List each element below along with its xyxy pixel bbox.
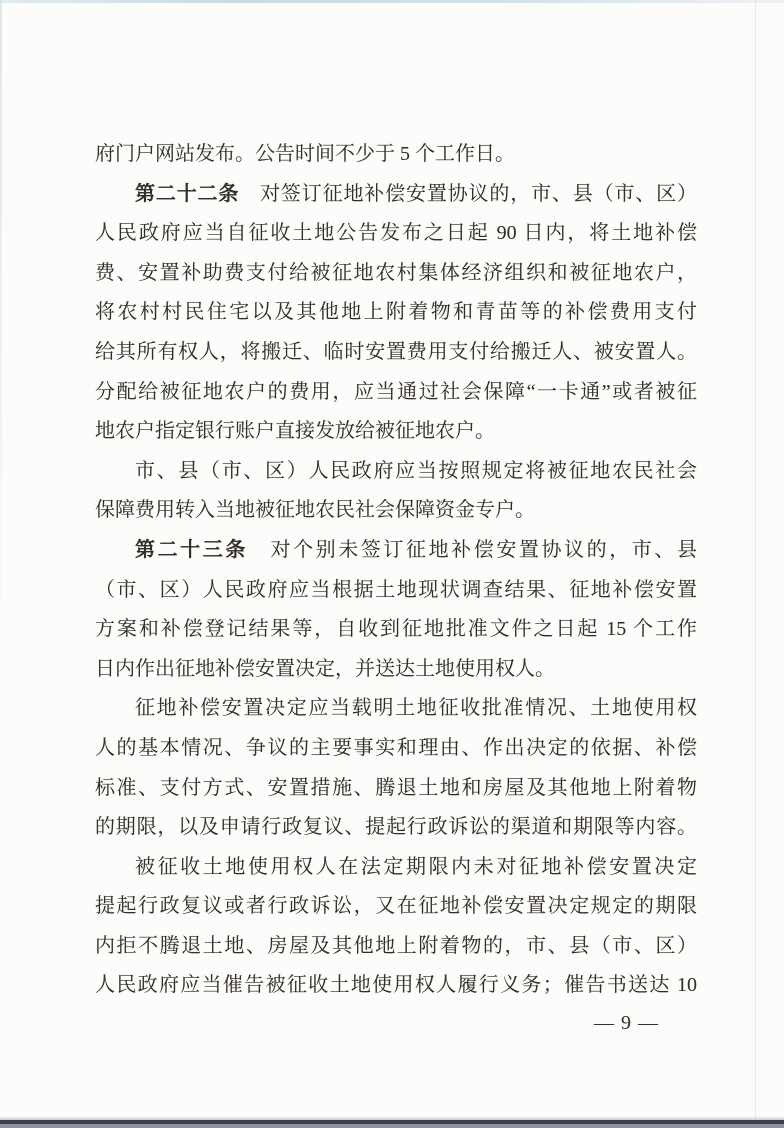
- line-text: 被征收土地使用权人在法定期限内未对征地补偿安置决定: [135, 856, 697, 878]
- text-line: 征地补偿安置决定应当载明土地征收批准情况、土地使用权: [95, 689, 697, 729]
- line-text: 地农户指定银行账户直接发放给被征地农户。: [95, 420, 495, 442]
- article-number: 第二十二条: [135, 183, 239, 205]
- line-text: 人民政府应当催告被征收土地使用权人履行义务；催告书送达 10: [95, 974, 697, 996]
- text-line: 市、县（市、区）人民政府应当按照规定将被征地农民社会: [95, 452, 697, 492]
- scan-edge-top: [0, 0, 784, 3]
- text-line: 第二十二条 对签订征地补偿安置协议的，市、县（市、区）: [95, 175, 697, 215]
- line-text: 内拒不腾退土地、房屋及其他地上附着物的，市、县（市、区）: [95, 935, 697, 957]
- line-text: 标准、支付方式、安置措施、腾退土地和房屋及其他地上附着物: [95, 777, 697, 799]
- text-line: 地农户指定银行账户直接发放给被征地农户。: [95, 412, 697, 452]
- scan-edge-left: [0, 0, 2, 677]
- line-text: 府门户网站发布。公告时间不少于 5 个工作日。: [95, 143, 515, 165]
- text-line: 被征收土地使用权人在法定期限内未对征地补偿安置决定: [95, 848, 697, 888]
- text-line: 保障费用转入当地被征地农民社会保障资金专户。: [95, 491, 697, 531]
- line-text: 将农村村民住宅以及其他地上附着物和青苗等的补偿费用支付: [95, 301, 697, 323]
- text-line: 人民政府应当自征收土地公告发布之日起 90 日内，将土地补偿: [95, 214, 697, 254]
- text-line: 第二十三条 对个别未签订征地补偿安置协议的，市、县: [95, 531, 697, 571]
- line-text: 方案和补偿登记结果等，自收到征地批准文件之日起 15 个工作: [95, 618, 697, 640]
- document-body: 府门户网站发布。公告时间不少于 5 个工作日。第二十二条 对签订征地补偿安置协议…: [95, 135, 697, 1006]
- line-text: 费、安置补助费支付给被征地农村集体经济组织和被征地农户，: [95, 262, 697, 284]
- line-text: 保障费用转入当地被征地农民社会保障资金专户。: [95, 499, 535, 521]
- line-text: 提起行政复议或者行政诉讼，又在征地补偿安置决定规定的期限: [95, 895, 697, 917]
- text-line: （市、区）人民政府应当根据土地现状调查结果、征地补偿安置: [95, 571, 697, 611]
- text-line: 的期限，以及申请行政复议、提起行政诉讼的渠道和期限等内容。: [95, 808, 697, 848]
- line-text: 征地补偿安置决定应当载明土地征收批准情况、土地使用权: [135, 697, 697, 719]
- text-line: 标准、支付方式、安置措施、腾退土地和房屋及其他地上附着物: [95, 769, 697, 809]
- line-text: 人的基本情况、争议的主要事实和理由、作出决定的依据、补偿: [95, 737, 697, 759]
- text-line: 内拒不腾退土地、房屋及其他地上附着物的，市、县（市、区）: [95, 927, 697, 967]
- line-text: 日内作出征地补偿安置决定，并送达土地使用权人。: [95, 658, 555, 680]
- line-text: 给其所有权人，将搬迁、临时安置费用支付给搬迁人、被安置人。: [95, 341, 697, 363]
- text-line: 给其所有权人，将搬迁、临时安置费用支付给搬迁人、被安置人。: [95, 333, 697, 373]
- line-text: 市、县（市、区）人民政府应当按照规定将被征地农民社会: [135, 460, 697, 482]
- text-line: 日内作出征地补偿安置决定，并送达土地使用权人。: [95, 650, 697, 690]
- text-line: 人民政府应当催告被征收土地使用权人履行义务；催告书送达 10: [95, 966, 697, 1006]
- text-line: 府门户网站发布。公告时间不少于 5 个工作日。: [95, 135, 697, 175]
- text-line: 分配给被征地农户的费用，应当通过社会保障“一卡通”或者被征: [95, 373, 697, 413]
- text-line: 人的基本情况、争议的主要事实和理由、作出决定的依据、补偿: [95, 729, 697, 769]
- page-number: — 9 —: [594, 1011, 659, 1035]
- scanned-document-page: 府门户网站发布。公告时间不少于 5 个工作日。第二十二条 对签订征地补偿安置协议…: [0, 0, 784, 1128]
- line-text: 的期限，以及申请行政复议、提起行政诉讼的渠道和期限等内容。: [95, 816, 697, 838]
- line-text: 分配给被征地农户的费用，应当通过社会保障“一卡通”或者被征: [95, 381, 697, 403]
- scan-edge-bottom-gray: [0, 1124, 784, 1128]
- line-text: （市、区）人民政府应当根据土地现状调查结果、征地补偿安置: [95, 579, 697, 601]
- text-line: 费、安置补助费支付给被征地农村集体经济组织和被征地农户，: [95, 254, 697, 294]
- line-text: 对个别未签订征地补偿安置协议的，市、县: [248, 539, 697, 561]
- line-text: 对签订征地补偿安置协议的，市、县（市、区）: [239, 183, 697, 205]
- line-text: 人民政府应当自征收土地公告发布之日起 90 日内，将土地补偿: [95, 222, 697, 244]
- text-line: 将农村村民住宅以及其他地上附着物和青苗等的补偿费用支付: [95, 293, 697, 333]
- article-number: 第二十三条: [135, 539, 248, 561]
- scan-edge-right: [755, 0, 756, 1128]
- text-line: 提起行政复议或者行政诉讼，又在征地补偿安置决定规定的期限: [95, 887, 697, 927]
- text-line: 方案和补偿登记结果等，自收到征地批准文件之日起 15 个工作: [95, 610, 697, 650]
